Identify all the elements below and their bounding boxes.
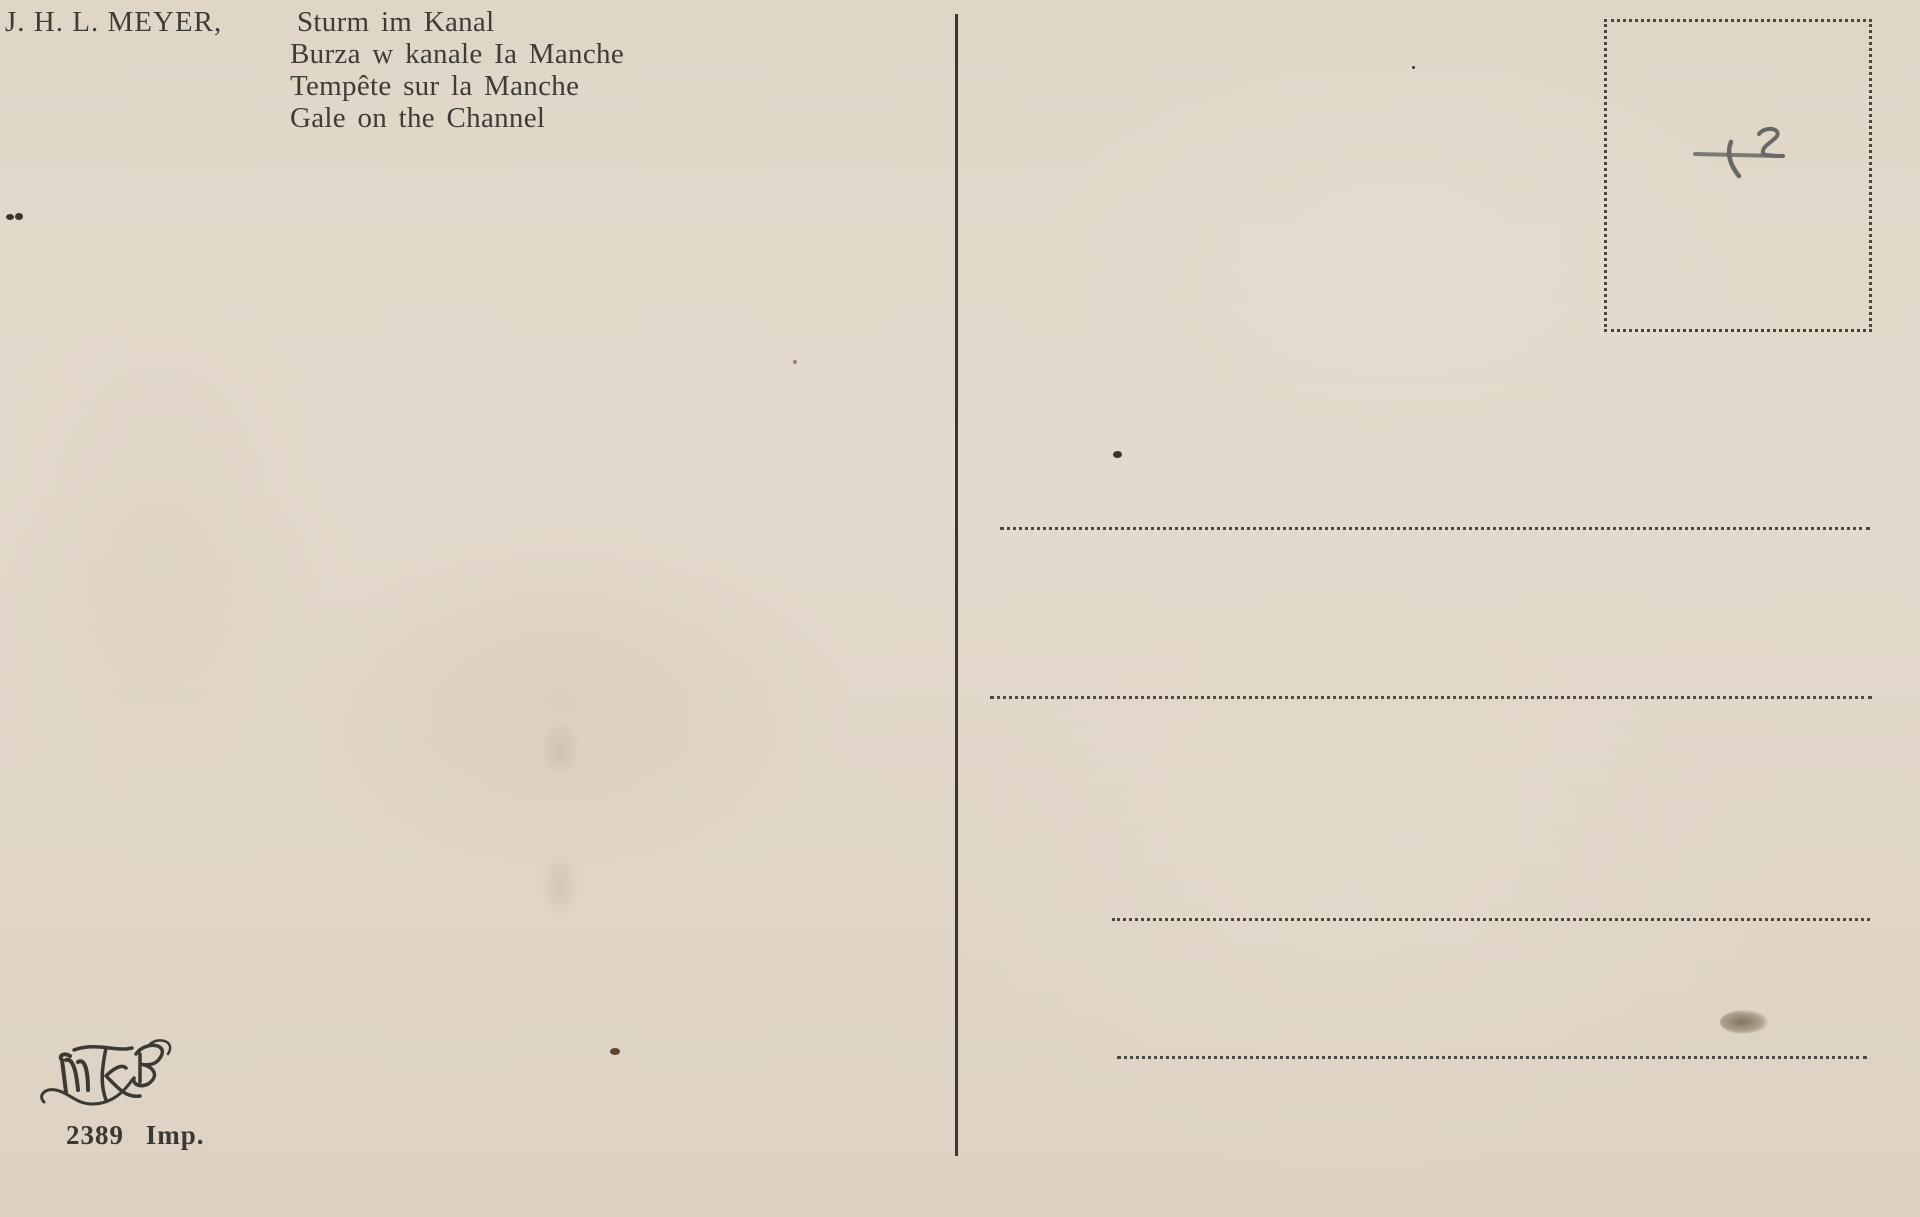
- stamp-placement-box[interactable]: [1604, 19, 1872, 332]
- address-line-3[interactable]: [1112, 918, 1870, 921]
- vertical-divider: [955, 14, 958, 1156]
- title-english: Gale on the Channel: [290, 102, 624, 134]
- paper-speck: [793, 360, 797, 364]
- imprint-number: 2389 Imp.: [66, 1120, 205, 1151]
- pencil-price-mark-icon: [1691, 124, 1787, 180]
- address-line-2[interactable]: [990, 696, 1872, 699]
- title-list: Sturm im Kanal Burza w kanale Ia Manche …: [290, 6, 624, 134]
- paper-speck: [610, 1048, 620, 1055]
- paper-stain: [540, 850, 580, 920]
- paper-stain: [1720, 1010, 1768, 1034]
- address-line-4[interactable]: [1117, 1056, 1867, 1059]
- paper-speck: [6, 214, 14, 220]
- title-german: Sturm im Kanal: [297, 6, 624, 38]
- address-line-1[interactable]: [1000, 527, 1870, 530]
- paper-speck: [1412, 66, 1415, 69]
- paper-speck: [15, 213, 23, 220]
- paper-speck: [1113, 451, 1122, 458]
- title-polish: Burza w kanale Ia Manche: [290, 38, 624, 70]
- artist-name: J. H. L. MEYER,: [5, 6, 222, 38]
- paper-stain: [540, 720, 580, 780]
- mkb-monogram-logo: [36, 1038, 178, 1114]
- title-french: Tempête sur la Manche: [290, 70, 624, 102]
- postcard-back: J. H. L. MEYER, Sturm im Kanal Burza w k…: [0, 0, 1920, 1217]
